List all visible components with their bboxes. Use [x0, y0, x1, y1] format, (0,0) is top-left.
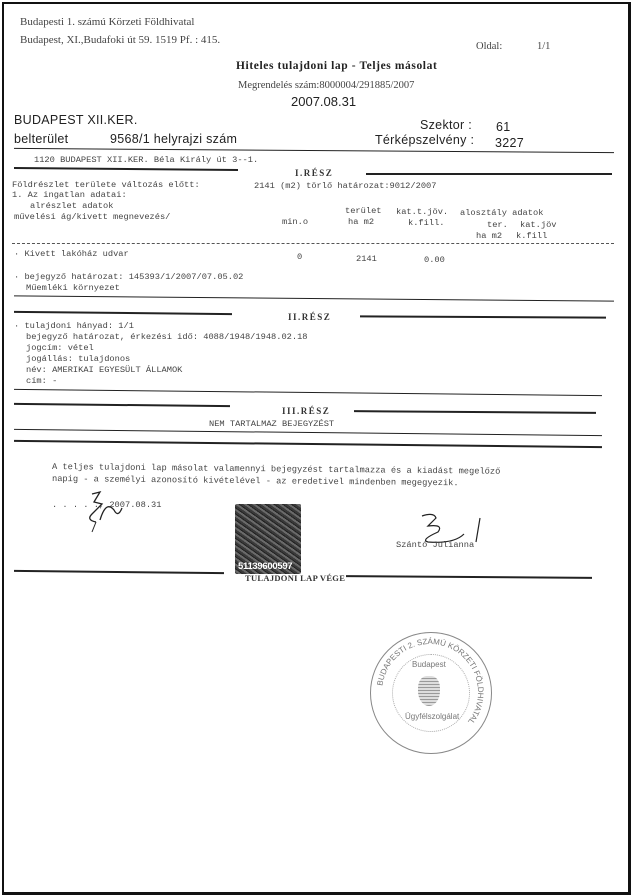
land-type: belterület: [14, 132, 68, 146]
title-of-right: jogcím: vétel: [26, 343, 94, 353]
area-change-label: Földrészlet területe változás előtt:: [12, 180, 200, 190]
col-cultivation: művelési ág/kivett megnevezés/: [14, 212, 170, 222]
office-name: Budapesti 1. számú Körzeti Földhivatal: [20, 16, 194, 28]
hologram-number: 51139600597: [238, 561, 292, 572]
col-kat: kat.t.jöv.: [396, 207, 448, 217]
stamp-city: Budapest: [412, 660, 446, 669]
part1-note: Műemléki környezet: [26, 283, 120, 293]
row-min: 0: [297, 252, 302, 262]
document-title: Hiteles tulajdoni lap - Teljes másolat: [236, 60, 437, 72]
stamp-text-ring: BUDAPESTI 2. SZÁMÚ KÖRZETI FÖLDHIVATAL: [370, 632, 490, 752]
part2-resolution: bejegyző határozat, érkezési idő: 4088/1…: [26, 332, 308, 342]
district: BUDAPEST XII.KER.: [14, 113, 138, 127]
col-sub-kat: kat.jöv: [520, 220, 557, 230]
order-number: Megrendelés szám:8000004/291885/2007: [238, 80, 414, 91]
signature-icon: [82, 490, 132, 534]
end-label: TULAJDONI LAP VÉGE: [245, 573, 345, 583]
signatory-name: Szántó Julianna: [396, 540, 474, 550]
col-kat-unit: k.fill.: [408, 218, 445, 228]
legal-status: jogállás: tulajdonos: [26, 354, 130, 364]
sector-label: Szektor :: [420, 118, 472, 132]
row-area: 2141: [356, 254, 377, 264]
page-number: 1/1: [537, 41, 550, 52]
property-data-label: 1. Az ingatlan adatai:: [12, 190, 127, 200]
col-sub-area: ter.: [487, 220, 508, 230]
part3-heading: III.RÉSZ: [282, 406, 330, 416]
stamp-bottom-text: Ügyfélszolgálat: [405, 712, 459, 721]
part3-text: NEM TARTALMAZ BEJEGYZÉST: [209, 419, 334, 429]
page-border: [2, 2, 631, 895]
col-area-unit: ha m2: [348, 217, 374, 227]
col-sub-kat-unit: k.fill: [516, 231, 547, 241]
page-label: Oldal:: [476, 41, 502, 52]
dashed-divider: [12, 243, 614, 244]
col-subclass: alosztály adatok: [460, 208, 543, 218]
col-area: terület: [345, 206, 382, 216]
sector-value: 61: [496, 120, 511, 134]
office-address: Budapest, XI.,Budafoki út 59. 1519 Pf. :…: [20, 34, 220, 46]
document-date: 2007.08.31: [291, 94, 356, 109]
part1-resolution: bejegyző határozat: 145393/1/2007/07.05.…: [24, 272, 243, 282]
map-sheet-value: 3227: [495, 136, 524, 150]
divider: [366, 173, 612, 175]
property-address: 1120 BUDAPEST XII.KER. Béla Király út 3-…: [34, 155, 258, 165]
parcel-number: 9568/1 helyrajzi szám: [110, 132, 237, 146]
row-name: Kivett lakóház udvar: [24, 249, 128, 259]
ownership-share: tulajdoni hányad: 1/1: [24, 321, 133, 331]
map-sheet-label: Térképszelvény :: [375, 133, 474, 147]
part1-heading: I.RÉSZ: [295, 168, 333, 178]
part2-heading: II.RÉSZ: [288, 312, 331, 322]
col-min: min.o: [282, 217, 308, 227]
area-change-value: 2141 (m2) törlő határozat:9012/2007: [254, 181, 436, 191]
col-sub-area-unit: ha m2: [476, 231, 502, 241]
owner-name: név: AMERIKAI EGYESÜLT ÁLLAMOK: [26, 365, 182, 375]
subparcel-label: alrészlet adatok: [30, 201, 113, 211]
owner-address: cím: -: [26, 376, 57, 386]
row-kat: 0.00: [424, 255, 445, 265]
